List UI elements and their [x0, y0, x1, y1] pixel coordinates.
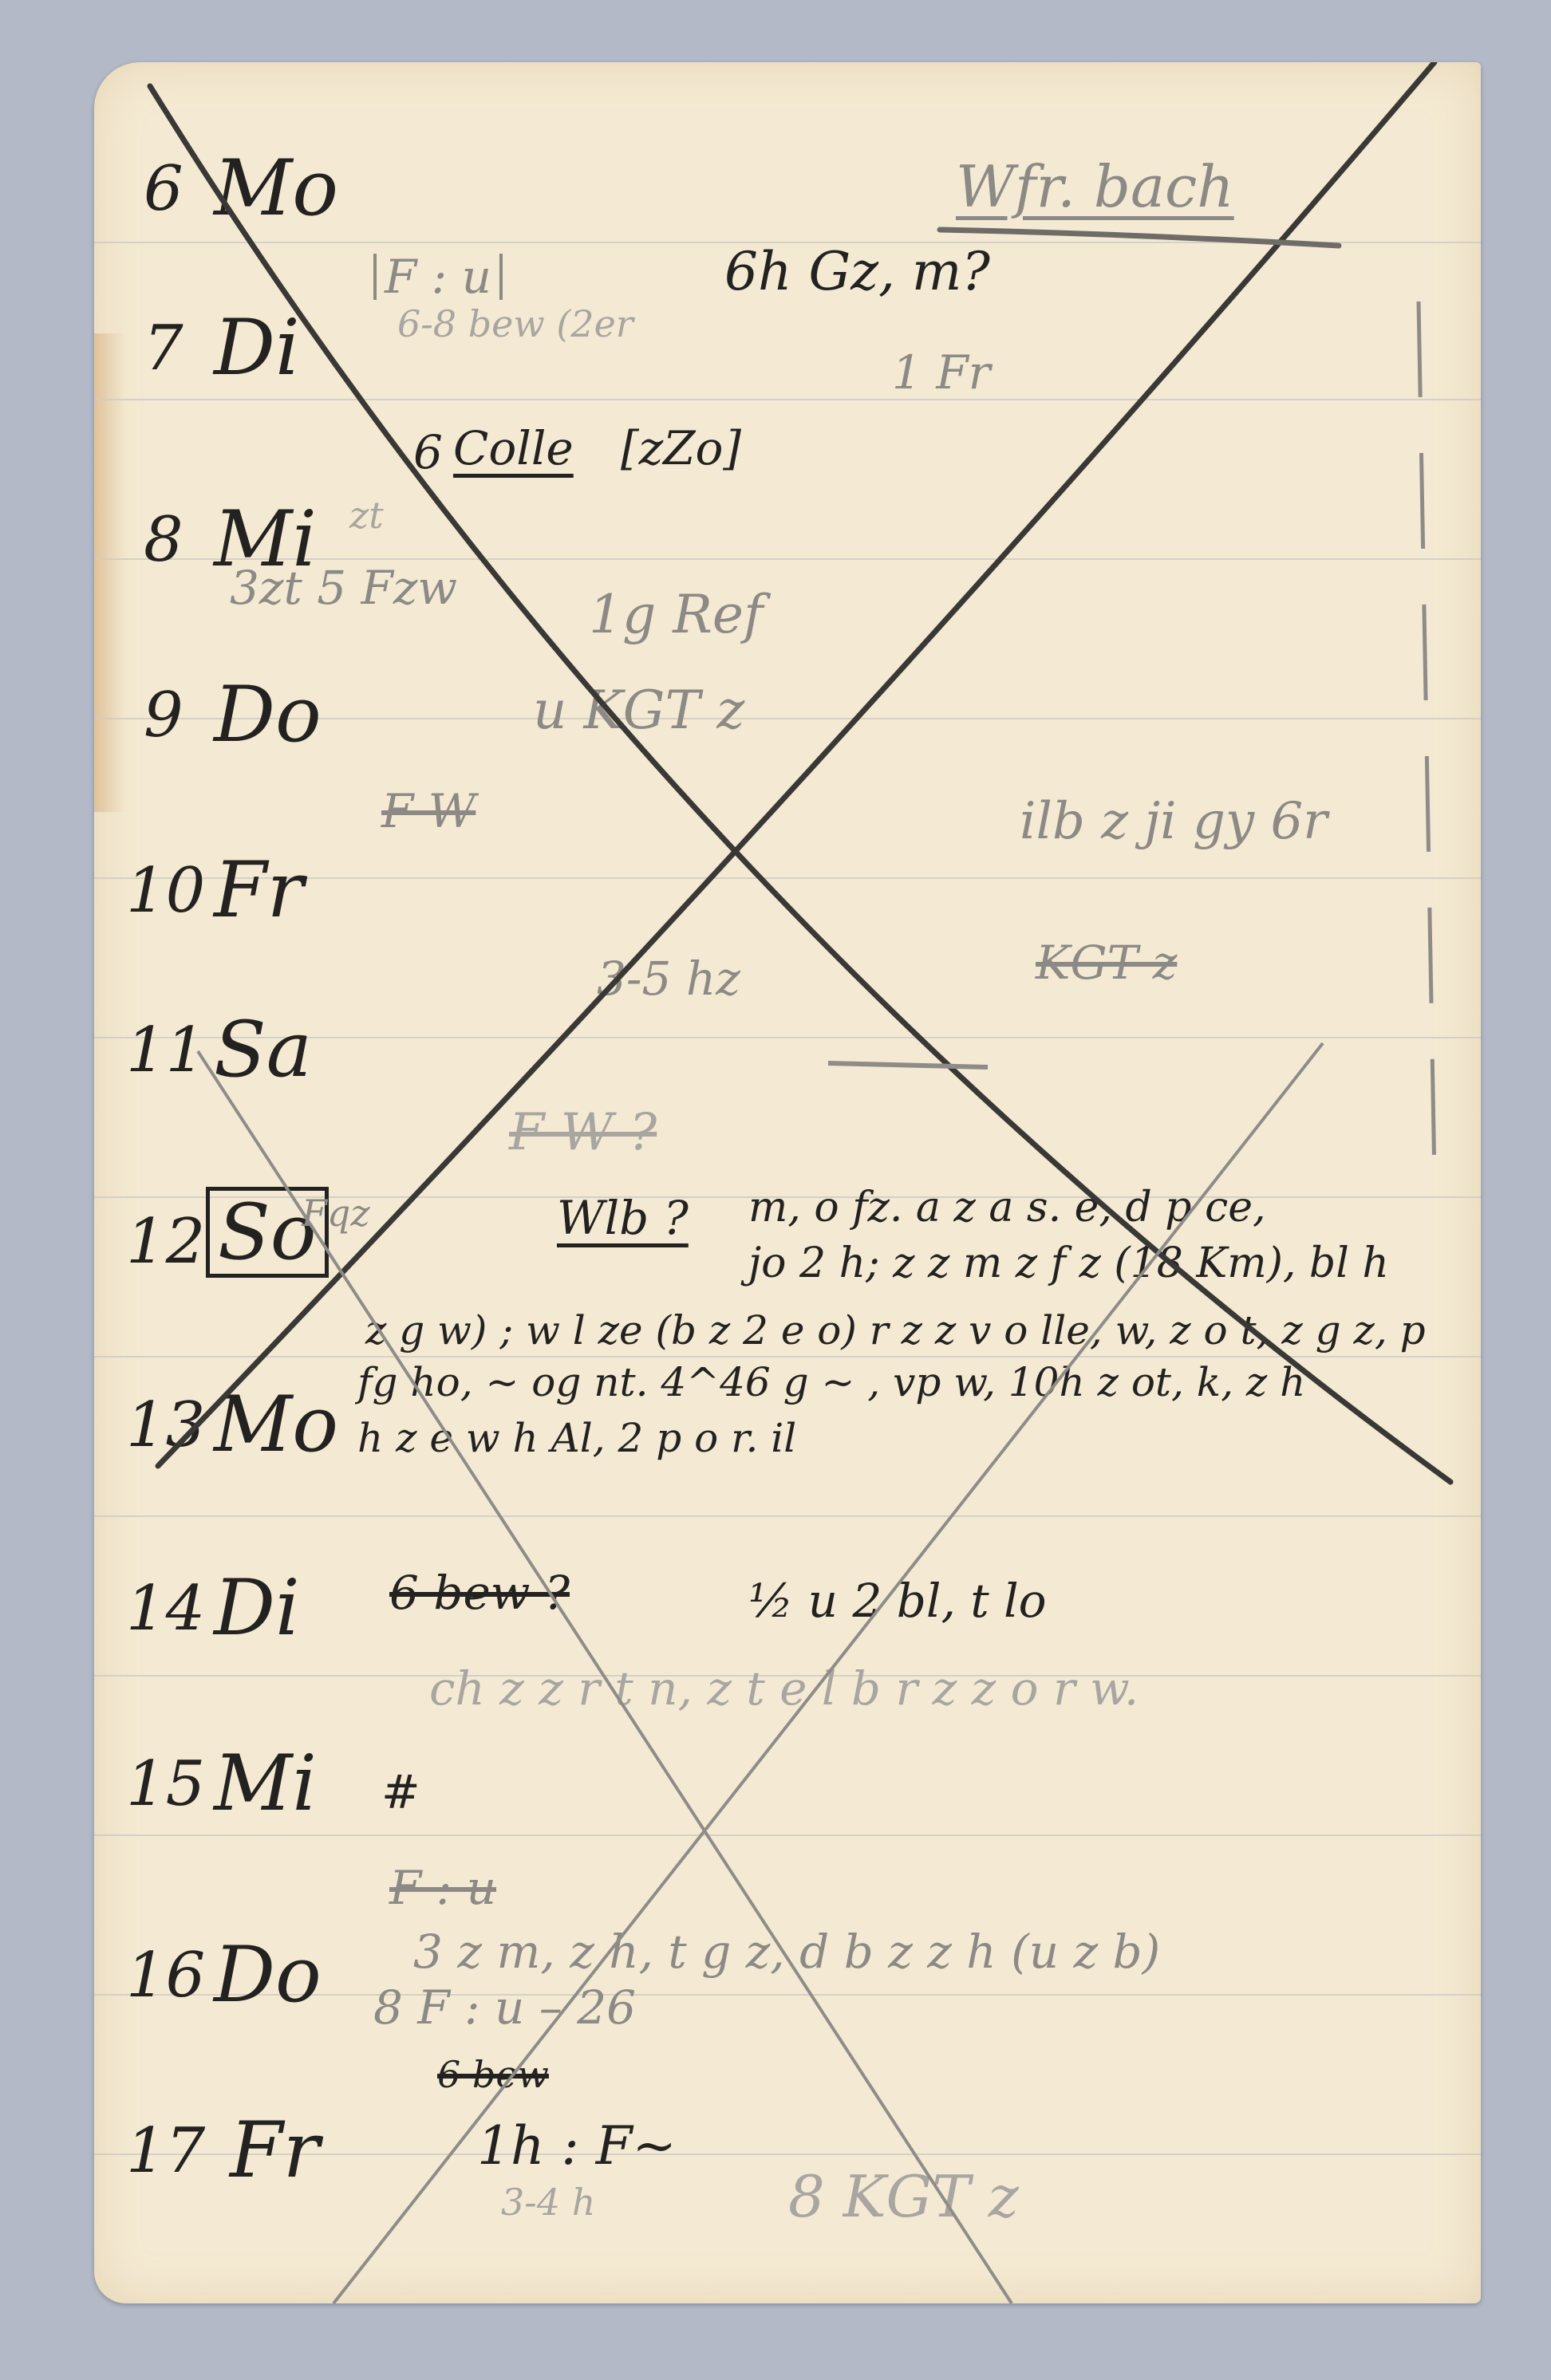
diary-page: 6 Mo 7 Di 8 Mi 9 Do 10 Fr 11 Sa 12 So 13…	[94, 62, 1481, 2303]
strike-through-overlay	[94, 62, 1481, 2303]
